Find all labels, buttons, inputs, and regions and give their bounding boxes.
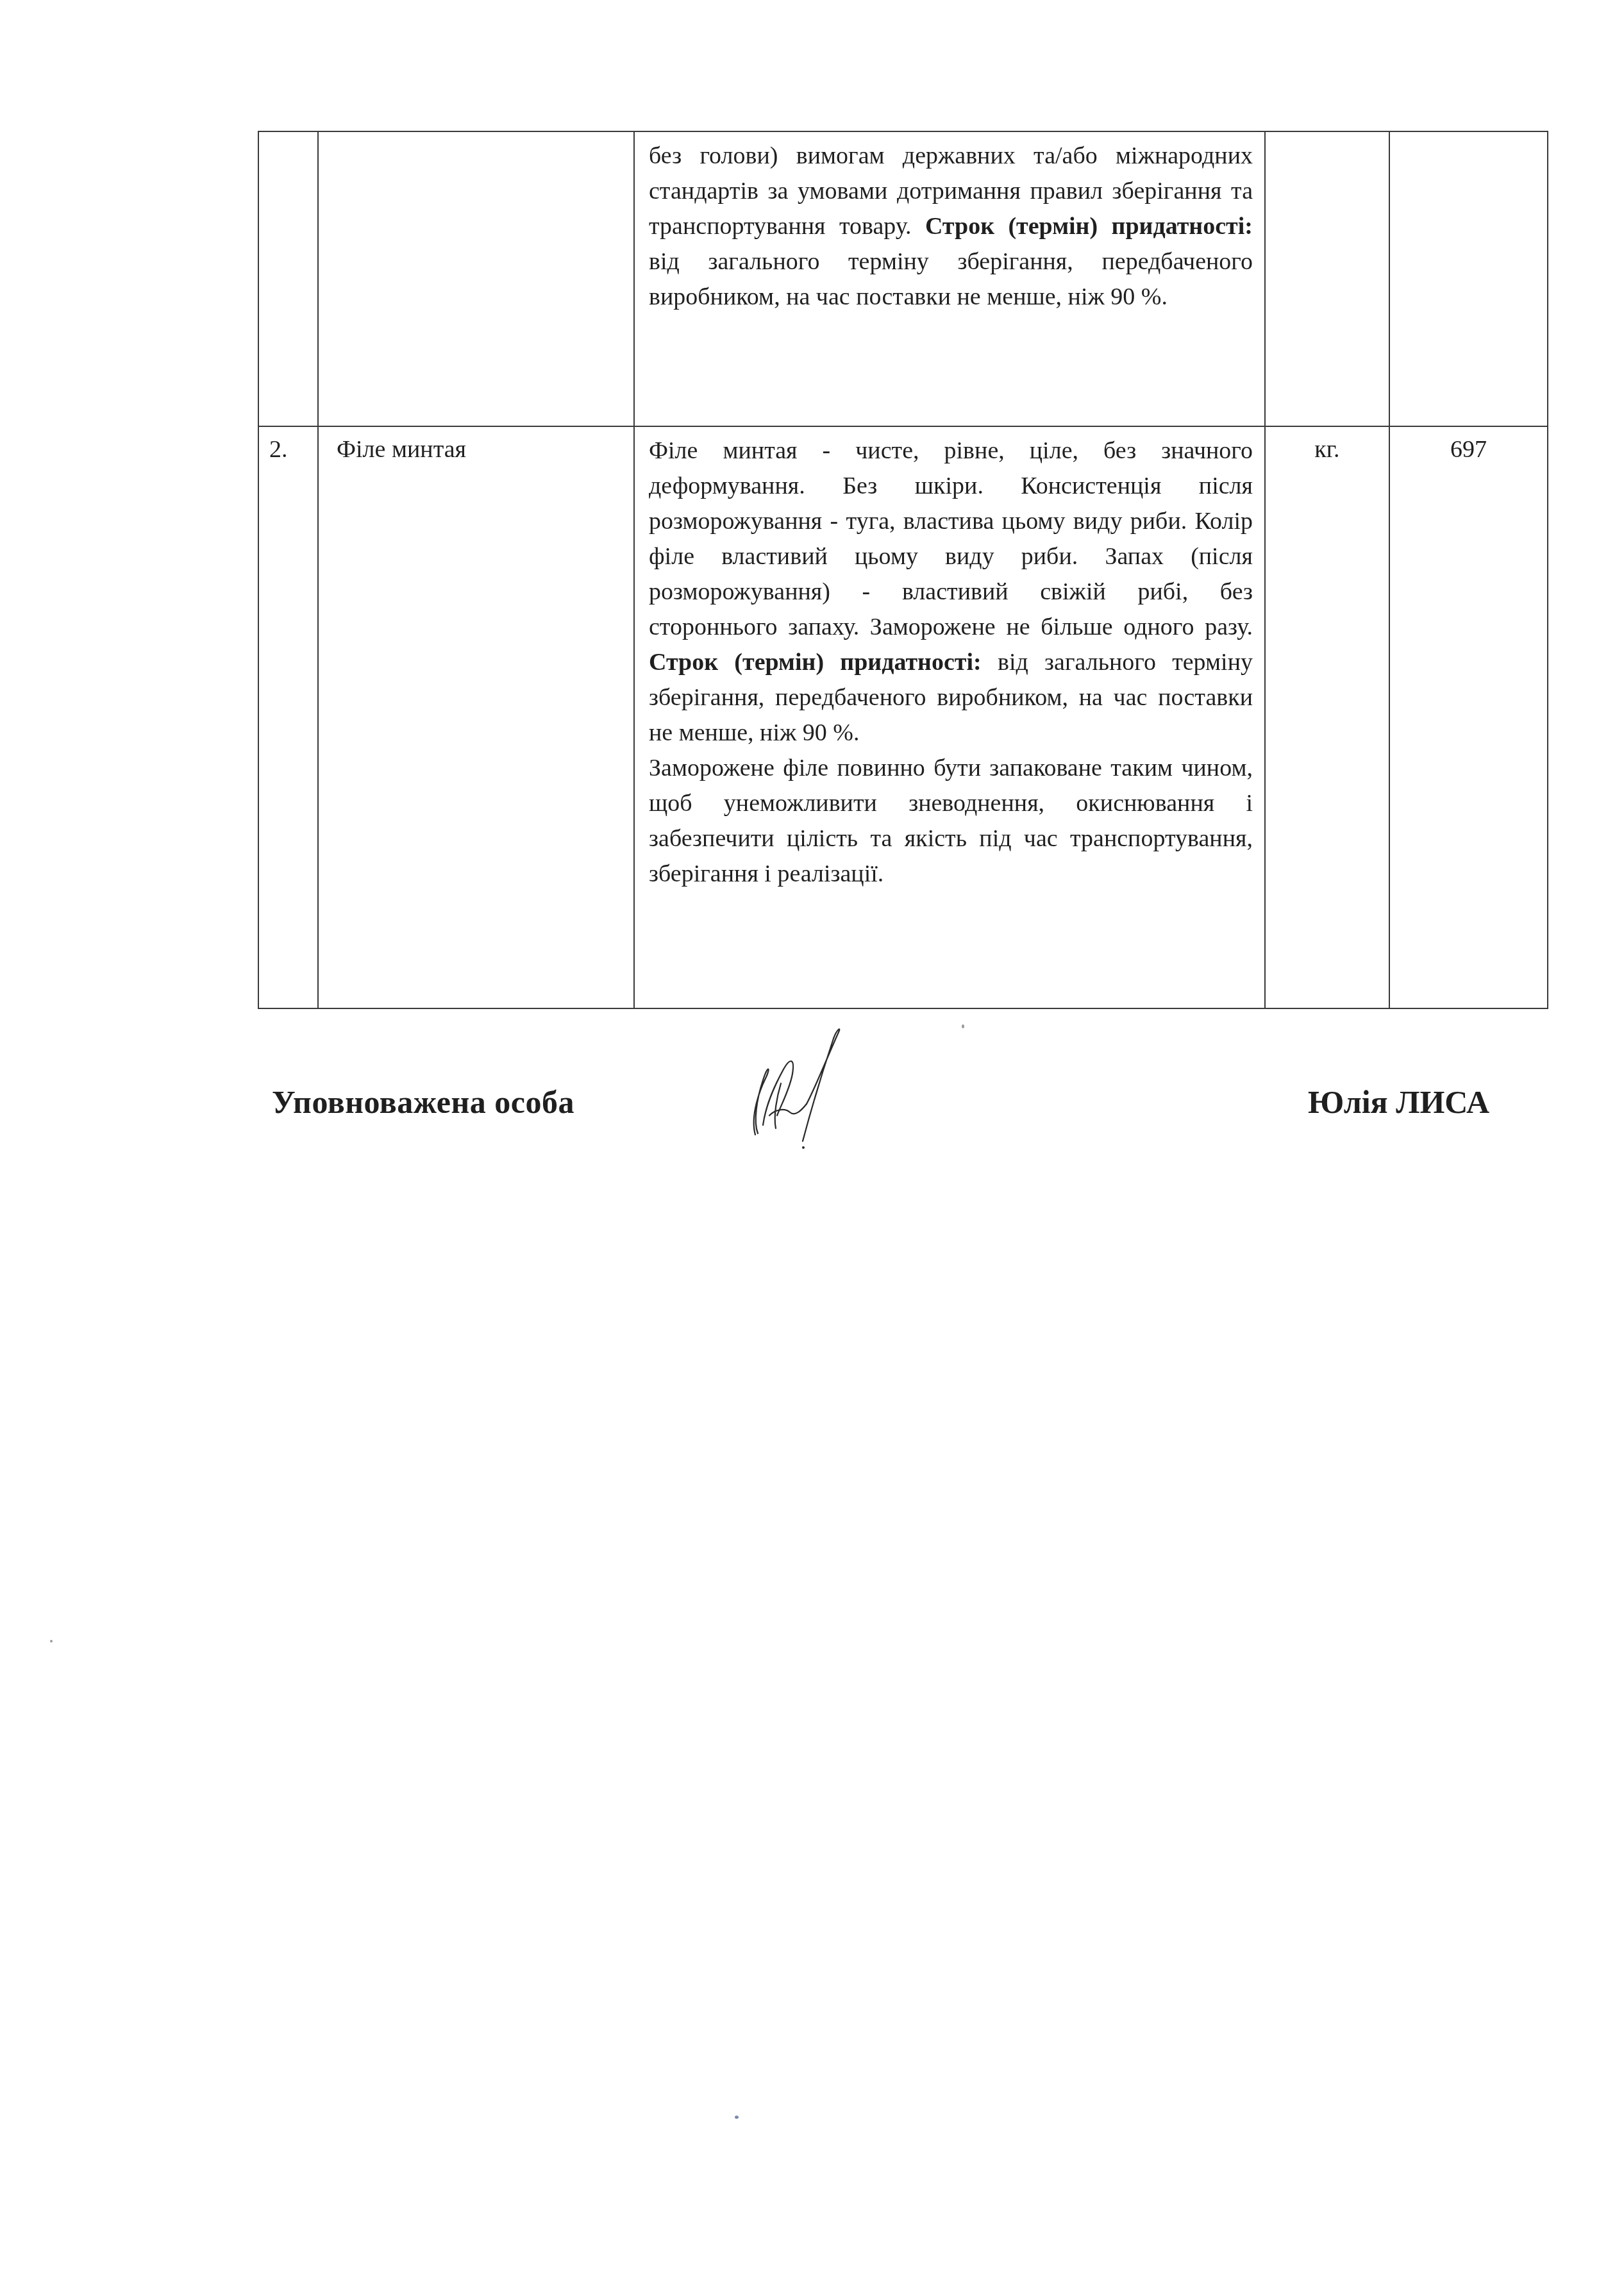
quantity-cell xyxy=(1389,131,1548,426)
signatory-role: Уповноважена особа xyxy=(272,1083,574,1121)
quantity-cell: 697 xyxy=(1389,426,1548,1008)
handwritten-signature-icon xyxy=(731,1019,859,1154)
specification-table: без голови) вимогам державних та/або між… xyxy=(258,131,1548,1009)
table-row: без голови) вимогам державних та/або між… xyxy=(258,131,1548,426)
description-paragraph: без голови) вимогам державних та/або між… xyxy=(649,138,1253,315)
product-name-cell xyxy=(318,131,634,426)
row-number-cell: 2. xyxy=(258,426,318,1008)
document-page: без голови) вимогам державних та/або між… xyxy=(0,0,1624,2272)
packaging-paragraph: Заморожене філе повинно бути запаковане … xyxy=(649,751,1253,892)
table-row: 2. Філе минтая Філе минтая - чисте, рівн… xyxy=(258,426,1548,1008)
description-text: Філе минтая - чисте, рівне, ціле, без зн… xyxy=(649,437,1253,640)
signatory-name: Юлія ЛИСА xyxy=(1308,1083,1489,1121)
product-description-cell: без голови) вимогам державних та/або між… xyxy=(634,131,1265,426)
unit-cell xyxy=(1265,131,1389,426)
shelf-life-label: Строк (термін) придатності: xyxy=(925,213,1253,240)
scan-speck xyxy=(50,1640,53,1642)
product-name-cell: Філе минтая xyxy=(318,426,634,1008)
product-description-cell: Філе минтая - чисте, рівне, ціле, без зн… xyxy=(634,426,1265,1008)
description-text: від загального терміну зберігання, перед… xyxy=(649,248,1253,310)
row-number-cell xyxy=(258,131,318,426)
description-paragraph: Філе минтая - чисте, рівне, ціле, без зн… xyxy=(649,433,1253,751)
scan-speck xyxy=(735,2116,739,2119)
shelf-life-label: Строк (термін) придатності: xyxy=(649,649,982,676)
unit-cell: кг. xyxy=(1265,426,1389,1008)
scan-speck xyxy=(962,1024,964,1028)
